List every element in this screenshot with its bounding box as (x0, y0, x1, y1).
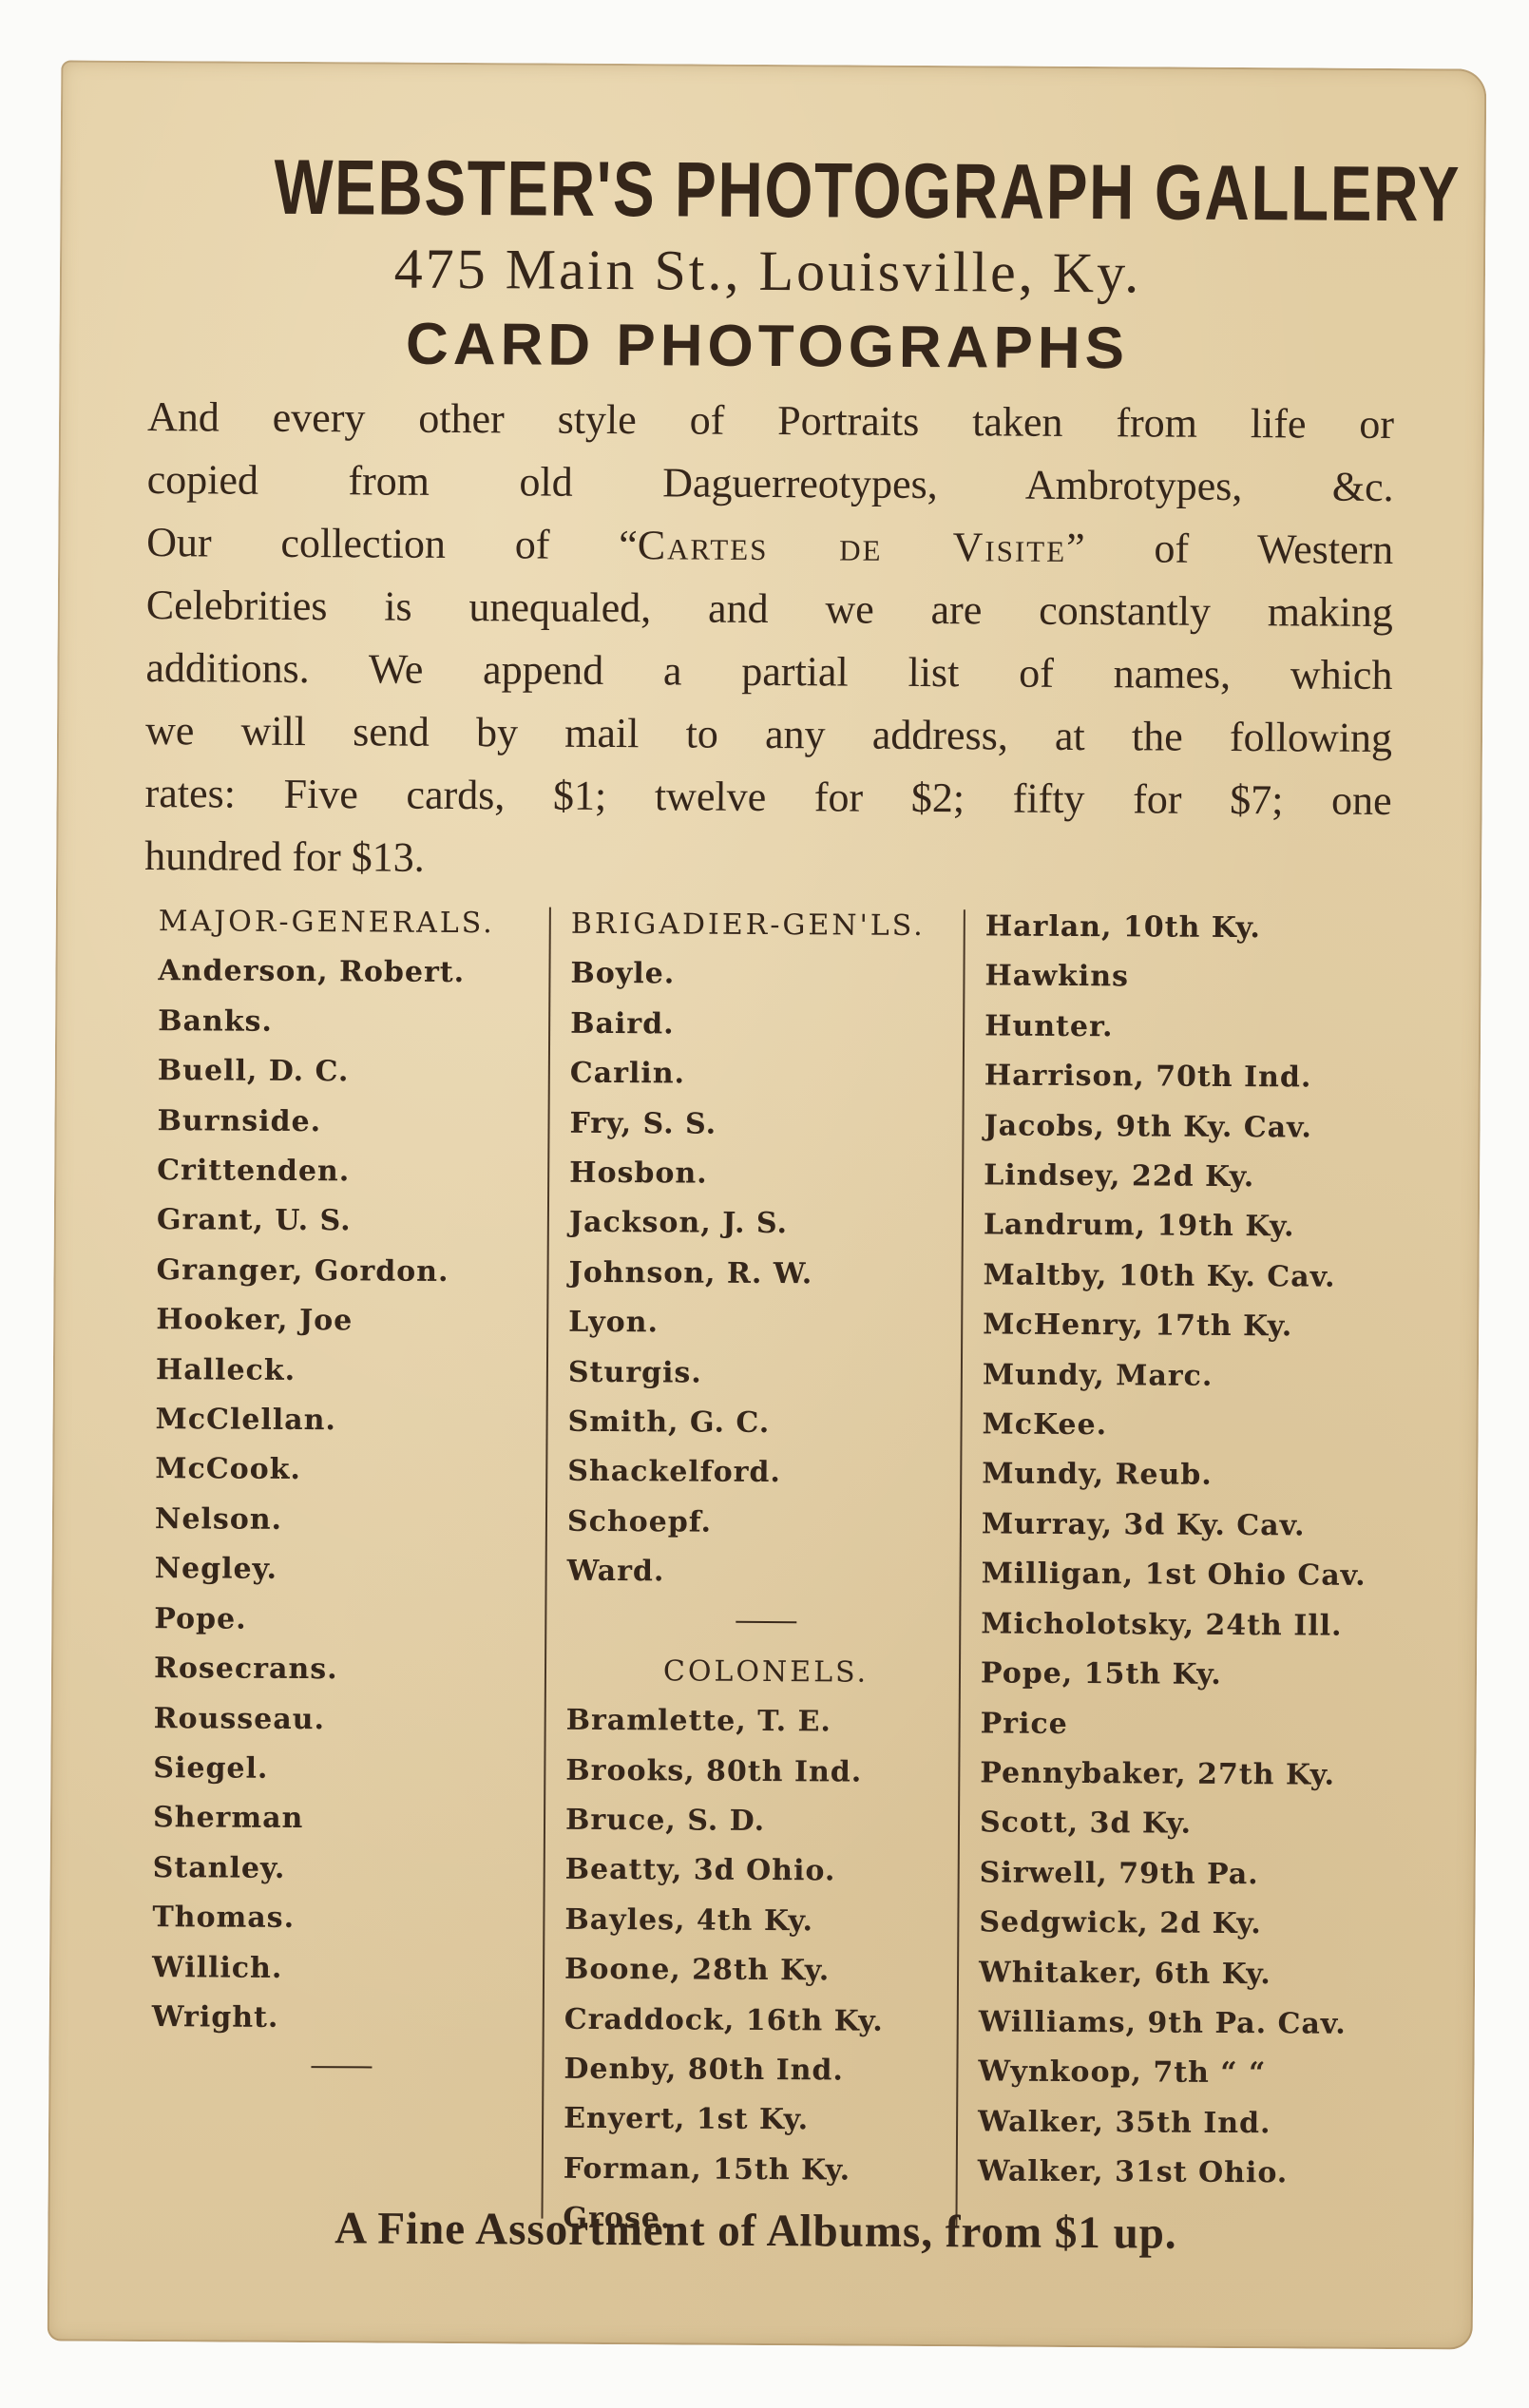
name-list-item: Hooker, Joe (156, 1295, 555, 1347)
advertisement-paragraph: And every other style of Portraits taken… (144, 386, 1394, 895)
name-list-item: Stanley. (153, 1844, 552, 1896)
name-list-item: Hosbon. (569, 1149, 968, 1201)
name-list-item: Boyle. (570, 949, 969, 1002)
name-list-item: Hawkins (984, 952, 1422, 1004)
paragraph-line: copied from old Daguerreotypes, Ambrotyp… (146, 449, 1393, 519)
name-list-item: Fry, S. S. (569, 1099, 968, 1151)
colonels-heading: COLONELS. (566, 1646, 965, 1698)
name-list-item: Willich. (152, 1943, 551, 1996)
name-list-item: Nelson. (155, 1495, 554, 1547)
name-list-item: Ward. (566, 1547, 965, 1599)
brigadier-generals-heading: BRIGADIER-GEN'LS. (571, 900, 970, 952)
name-list-item: Walker, 35th Ind. (978, 2097, 1415, 2150)
brigadier-generals-list: Boyle.Baird.Carlin.Fry, S. S.Hosbon.Jack… (566, 949, 969, 1599)
name-list-item: Smith, G. C. (567, 1398, 966, 1450)
name-list-item: Schoepf. (567, 1498, 966, 1550)
name-list-item: Jacobs, 9th Ky. Cav. (984, 1101, 1421, 1154)
gallery-address: 475 Main St., Louisville, Ky. (150, 234, 1386, 308)
name-list-item: Craddock, 16th Ky. (564, 1995, 964, 2047)
name-list-item: Beatty, 3d Ohio. (565, 1845, 965, 1898)
card-photographs-heading: CARD PHOTOGRAPHS (149, 310, 1385, 384)
major-generals-column: MAJOR-GENERALS. Anderson, Robert.Banks.B… (151, 897, 558, 2094)
name-list-item: Rosecrans. (154, 1644, 553, 1696)
carte-de-visite-card: WEBSTER'S PHOTOGRAPH GALLERY 475 Main St… (48, 60, 1487, 2349)
name-list-item: Denby, 80th Ind. (564, 2045, 963, 2097)
name-list-item: Granger, Gordon. (156, 1246, 555, 1298)
name-list-item: Pope, 15th Ky. (981, 1649, 1418, 1701)
name-list-item: Mundy, Reub. (982, 1450, 1419, 1502)
name-list-item: Pope. (154, 1595, 553, 1647)
brigadier-generals-column: BRIGADIER-GEN'LS. Boyle.Baird.Carlin.Fry… (563, 900, 970, 2246)
name-list-item: Wynkoop, 7th “ “ (978, 2048, 1415, 2100)
name-list-item: Sherman (153, 1793, 552, 1845)
paragraph-line: rates: Five cards, $1; twelve for $2; fi… (144, 762, 1391, 832)
name-list-item: Harrison, 70th Ind. (984, 1052, 1422, 1104)
name-list-item: Negley. (154, 1544, 553, 1596)
major-generals-heading: MAJOR-GENERALS. (159, 897, 558, 949)
name-list-item: Bayles, 4th Ky. (564, 1895, 964, 1947)
name-list-item: Anderson, Robert. (158, 946, 557, 999)
paragraph-text: ” of Western (1066, 525, 1393, 573)
name-list-item: McHenry, 17th Ky. (983, 1301, 1420, 1353)
name-list-item: Carlin. (570, 1049, 969, 1101)
name-list-item: McKee. (982, 1400, 1419, 1452)
gallery-title: WEBSTER'S PHOTOGRAPH GALLERY (274, 145, 1263, 237)
name-list-item: Milligan, 1st Ohio Cav. (981, 1550, 1418, 1602)
colonels-list-right: Harlan, 10th Ky.HawkinsHunter.Harrison, … (978, 902, 1423, 2199)
section-rule (151, 2042, 550, 2094)
name-list-item: Boone, 28th Ky. (564, 1945, 964, 1997)
colonels-column-continued: Harlan, 10th Ky.HawkinsHunter.Harrison, … (978, 902, 1423, 2199)
name-list-item: Forman, 15th Ky. (564, 2144, 963, 2196)
paragraph-line: Celebrities is unequaled, and we are con… (146, 574, 1393, 644)
name-list-item: McClellan. (155, 1395, 554, 1447)
name-list-item: Micholotsky, 24th Ill. (981, 1599, 1418, 1652)
name-list-item: Enyert, 1st Ky. (564, 2094, 963, 2147)
name-list-item: Baird. (570, 1000, 969, 1052)
name-list-item: Landrum, 19th Ky. (984, 1201, 1421, 1253)
section-rule (566, 1596, 965, 1649)
name-list-item: Crittenden. (157, 1146, 556, 1198)
paragraph-line: we will send by mail to any address, at … (145, 699, 1392, 770)
major-generals-list: Anderson, Robert.Banks.Buell, D. C.Burns… (152, 946, 558, 2044)
name-list-item: Burnside. (157, 1097, 556, 1149)
name-list-item: Brooks, 80th Ind. (565, 1746, 965, 1798)
paragraph-line: additions. We append a partial list of n… (145, 637, 1392, 707)
paragraph-line: hundred for $13. (144, 825, 1391, 895)
name-list-item: Bramlette, T. E. (566, 1696, 965, 1749)
paragraph-line: And every other style of Portraits taken… (147, 386, 1394, 456)
cartes-de-visite-phrase: Cartes de Visite (638, 522, 1067, 571)
name-list-item: Siegel. (153, 1744, 552, 1796)
name-list-item: Sedgwick, 2d Ky. (979, 1899, 1416, 1951)
name-list-item: Maltby, 10th Ky. Cav. (983, 1251, 1420, 1303)
name-list-item: Buell, D. C. (158, 1046, 557, 1099)
name-list-item: Grant, U. S. (157, 1196, 556, 1249)
name-list-item: Walker, 31st Ohio. (978, 2148, 1415, 2200)
name-list-item: Jackson, J. S. (569, 1198, 968, 1251)
name-list-item: Scott, 3d Ky. (980, 1799, 1417, 1851)
paragraph-text: Our collection of “ (146, 519, 638, 568)
name-list-item: Bruce, S. D. (565, 1796, 965, 1848)
name-list-item: Thomas. (152, 1893, 551, 1945)
name-list-item: Rousseau. (154, 1694, 553, 1747)
name-list-item: Shackelford. (567, 1447, 966, 1500)
name-list-item: Lindsey, 22d Ky. (984, 1151, 1421, 1203)
name-list-item: Price (981, 1699, 1418, 1751)
name-list-item: Pennybaker, 27th Ky. (980, 1749, 1417, 1801)
name-list-item: Sturgis. (568, 1347, 967, 1400)
name-list-item: Banks. (158, 997, 557, 1049)
name-list-item: Johnson, R. W. (568, 1249, 967, 1301)
name-list-item: McCook. (155, 1445, 554, 1498)
name-list-item: Wright. (152, 1993, 551, 2045)
name-list-item: Mundy, Marc. (983, 1350, 1420, 1403)
colonels-list-middle: Bramlette, T. E.Brooks, 80th Ind.Bruce, … (563, 1696, 965, 2246)
name-list-item: Hunter. (984, 1002, 1422, 1054)
name-list-item: Whitaker, 6th Ky. (979, 1948, 1416, 2000)
name-list-item: Halleck. (156, 1346, 555, 1398)
name-list-item: Murray, 3d Ky. Cav. (982, 1500, 1419, 1552)
name-list-item: Williams, 9th Pa. Cav. (979, 1997, 1416, 2050)
name-list-item: Harlan, 10th Ky. (985, 902, 1423, 954)
name-list-item: Sirwell, 79th Pa. (980, 1848, 1417, 1901)
paragraph-line: Our collection of “Cartes de Visite” of … (146, 511, 1393, 582)
name-list-item: Lyon. (568, 1298, 967, 1350)
albums-footer: A Fine Assortment of Albums, from $1 up. (150, 2199, 1361, 2264)
